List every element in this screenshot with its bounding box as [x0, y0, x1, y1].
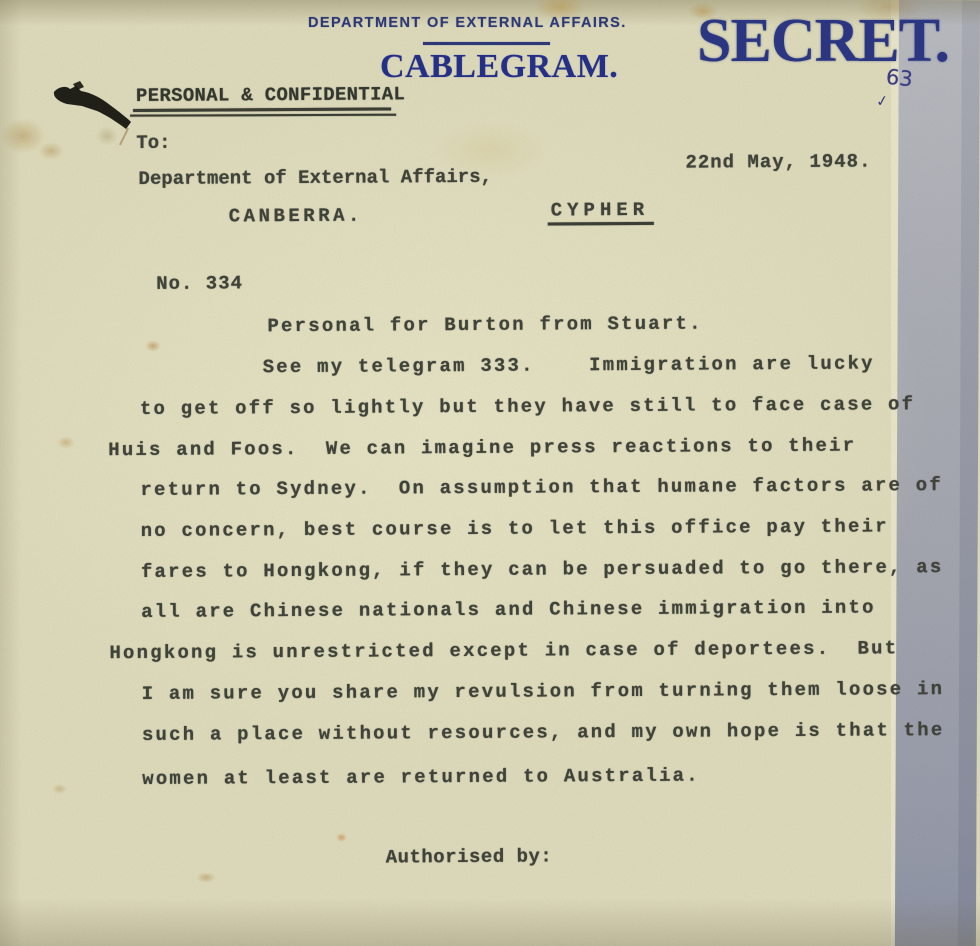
body-line: return to Sydney. On assumption that hum…: [140, 474, 943, 501]
date: 22nd May, 1948.: [685, 151, 871, 174]
body-line: to get off so lightly but they have stil…: [140, 393, 915, 420]
authorised-by-label: Authorised by:: [386, 845, 553, 868]
privacy-underline: [130, 114, 396, 117]
privacy-underline: [133, 107, 391, 111]
body-line: I am sure you share my revulsion from tu…: [142, 678, 945, 705]
body-line: no concern, best course is to let this o…: [141, 515, 889, 542]
body-line: such a place without resources, and my o…: [142, 719, 945, 746]
transmission-mode: CYPHER: [551, 199, 650, 222]
body-line: Huis and Foos. We can imagine press reac…: [108, 435, 856, 462]
cypher-underline: [548, 222, 654, 225]
tear-mark: [40, 78, 150, 148]
privacy-marking: PERSONAL & CONFIDENTIAL: [136, 83, 405, 107]
body-line: all are Chinese nationals and Chinese im…: [141, 596, 876, 622]
recipient-city: CANBERRA.: [229, 205, 363, 228]
cable-number: No. 334: [156, 272, 243, 295]
salutation-line: Personal for Burton from Stuart.: [267, 313, 702, 338]
recipient-name: Department of External Affairs,: [138, 166, 492, 190]
document-scan: DEPARTMENT OF EXTERNAL AFFAIRS. CABLEGRA…: [0, 0, 980, 946]
body-line: See my telegram 333. Immigration are luc…: [263, 352, 875, 378]
body-line: women at least are returned to Australia…: [142, 765, 700, 790]
body-paragraph: See my telegram 333. Immigration are luc…: [0, 0, 977, 2]
body-line: fares to Hongkong, if they can be persua…: [141, 556, 944, 583]
body-line: Hongkong is unrestricted except in case …: [109, 637, 898, 664]
